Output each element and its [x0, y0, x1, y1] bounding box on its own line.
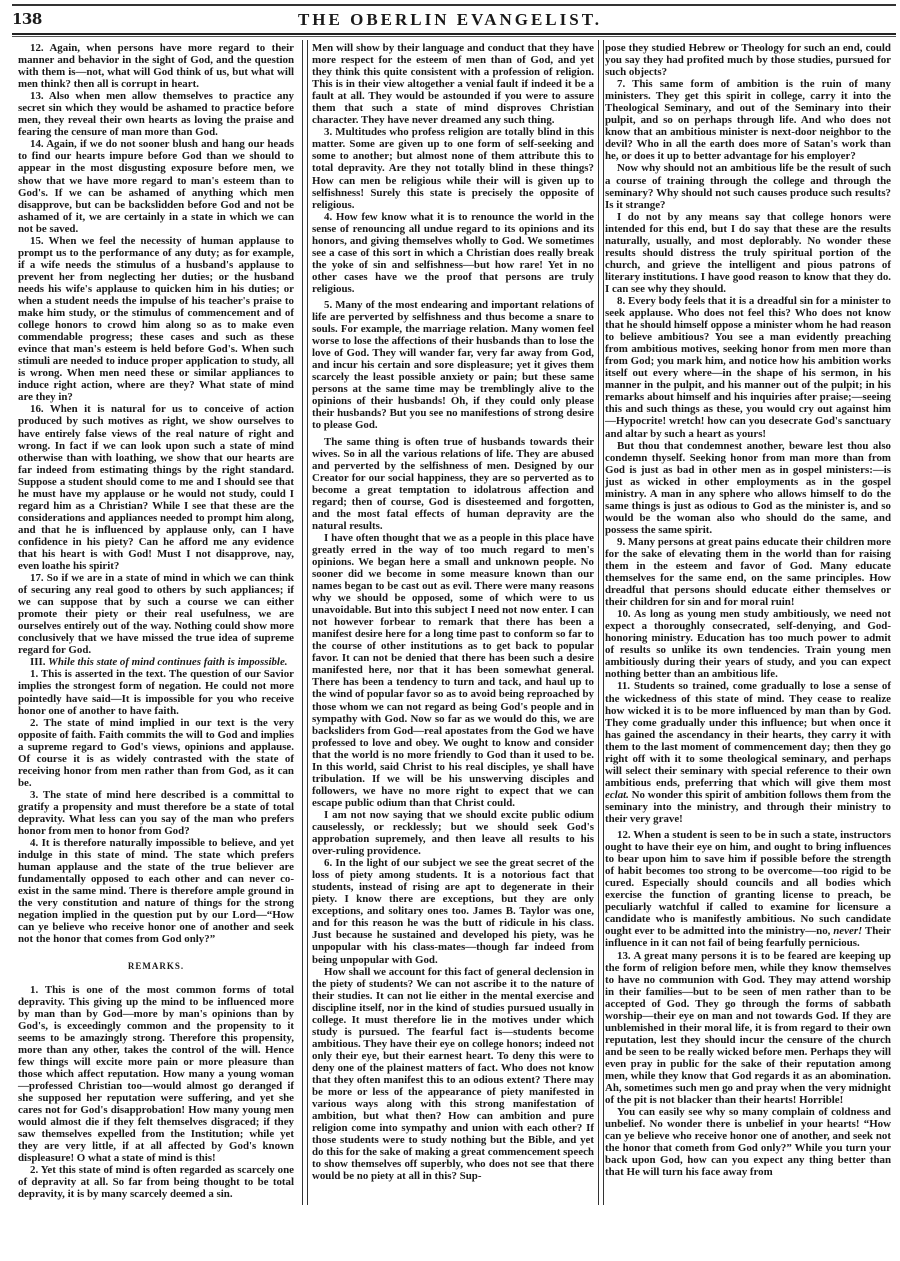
paragraph-text: 15. When we feel the necessity of human …	[18, 235, 294, 404]
paragraph-text: I do not by any means say that college h…	[605, 211, 891, 295]
paragraph-text: Men will show by their language and cond…	[312, 42, 594, 126]
paragraph-text: pose they studied Hebrew or Theology for…	[605, 42, 891, 78]
article-paragraph: Now why should not an ambitious life be …	[605, 162, 891, 210]
article-paragraph: 2. Yet this state of mind is often regar…	[18, 1164, 294, 1200]
article-paragraph: 6. In the light of our subject we see th…	[312, 857, 594, 965]
article-paragraph: 12. Again, when persons have more regard…	[18, 42, 294, 90]
paragraph-text: 10. As long as young men study ambitious…	[605, 608, 891, 680]
paragraph-text: I have often thought that we as a people…	[312, 532, 594, 809]
article-paragraph: pose they studied Hebrew or Theology for…	[605, 42, 891, 78]
article-paragraph: 16. When it is natural for us to conceiv…	[18, 403, 294, 572]
paragraph-text: 5. Many of the most endearing and import…	[312, 299, 594, 431]
paragraph-text: You can easily see why so many complain …	[605, 1106, 891, 1178]
paragraph-text: But thou that condemnest another, beware…	[605, 440, 891, 536]
article-paragraph: 9. Many persons at great pains educate t…	[605, 536, 891, 608]
column-divider	[598, 40, 604, 1205]
paragraph-text: 17. So if we are in a state of mind in w…	[18, 572, 294, 656]
paragraph-text: 16. When it is natural for us to conceiv…	[18, 403, 294, 572]
remarks-heading: REMARKS.	[18, 960, 294, 972]
section-proposition: While this state of mind continues faith…	[48, 656, 287, 668]
article-paragraph: 17. So if we are in a state of mind in w…	[18, 572, 294, 656]
article-paragraph: You can easily see why so many complain …	[605, 1106, 891, 1178]
column-divider	[302, 40, 308, 1205]
paragraph-text: 13. A great many persons it is to be fea…	[605, 950, 891, 1107]
paragraph-text: 11. Students so trained, come gradually …	[605, 680, 891, 788]
paragraph-text: How shall we account for this fact of ge…	[312, 966, 594, 1183]
paragraph-text: 14. Again, if we do not sooner blush and…	[18, 138, 294, 234]
newspaper-page: 138 THE OBERLIN EVANGELIST. 12. Again, w…	[0, 0, 900, 1261]
paragraph-text: 4. It is therefore naturally impossible …	[18, 837, 294, 945]
publication-title: THE OBERLIN EVANGELIST.	[0, 10, 900, 30]
paragraph-text: 1. This is one of the most common forms …	[18, 984, 294, 1165]
article-paragraph: 3. The state of mind here described is a…	[18, 789, 294, 837]
article-paragraph: 8. Every body feels that it is a dreadfu…	[605, 295, 891, 440]
article-paragraph: 5. Many of the most endearing and import…	[312, 299, 594, 432]
paragraph-text: 12. When a student is seen to be in such…	[605, 829, 891, 937]
masthead-rule	[12, 33, 896, 37]
section-numeral: III.	[30, 656, 48, 668]
article-paragraph: How shall we account for this fact of ge…	[312, 966, 594, 1183]
article-paragraph: 4. How few know what it is to renounce t…	[312, 211, 594, 295]
paragraph-text: 9. Many persons at great pains educate t…	[605, 536, 891, 608]
article-paragraph: I do not by any means say that college h…	[605, 211, 891, 295]
paragraph-text: No wonder this spirit of ambition follow…	[605, 789, 891, 825]
paragraph-text: Now why should not an ambitious life be …	[605, 162, 891, 210]
article-paragraph: 11. Students so trained, come gradually …	[605, 680, 891, 825]
paragraph-text: 2. Yet this state of mind is often regar…	[18, 1164, 294, 1200]
article-paragraph: Men will show by their language and cond…	[312, 42, 594, 126]
paragraph-text: 8. Every body feels that it is a dreadfu…	[605, 295, 891, 440]
paragraph-text: 12. Again, when persons have more regard…	[18, 42, 294, 90]
article-paragraph: The same thing is often true of husbands…	[312, 436, 594, 532]
article-paragraph: 3. Multitudes who profess religion are t…	[312, 126, 594, 210]
article-paragraph: 12. When a student is seen to be in such…	[605, 829, 891, 949]
article-paragraph: 7. This same form of ambition is the rui…	[605, 78, 891, 162]
article-paragraph: 13. Also when men allow themselves to pr…	[18, 90, 294, 138]
article-paragraph: 1. This is asserted in the text. The que…	[18, 668, 294, 716]
paragraph-text: I am not now saying that we should excit…	[312, 809, 594, 857]
italic-emphasis: eclat.	[605, 789, 629, 801]
article-paragraph: 4. It is therefore naturally impossible …	[18, 837, 294, 945]
masthead: 138 THE OBERLIN EVANGELIST.	[0, 8, 900, 30]
article-paragraph: III. While this state of mind continues …	[18, 656, 294, 668]
paragraph-text: 3. The state of mind here described is a…	[18, 789, 294, 837]
article-paragraph: 1. This is one of the most common forms …	[18, 984, 294, 1165]
column-3: pose they studied Hebrew or Theology for…	[605, 42, 891, 1178]
paragraph-text: 13. Also when men allow themselves to pr…	[18, 90, 294, 138]
paragraph-text: 4. How few know what it is to renounce t…	[312, 211, 594, 295]
article-paragraph: I have often thought that we as a people…	[312, 532, 594, 809]
article-paragraph: I am not now saying that we should excit…	[312, 809, 594, 857]
article-paragraph: 14. Again, if we do not sooner blush and…	[18, 138, 294, 234]
article-paragraph: 15. When we feel the necessity of human …	[18, 235, 294, 404]
paragraph-text: The same thing is often true of husbands…	[312, 436, 594, 532]
paragraph-text: 1. This is asserted in the text. The que…	[18, 668, 294, 716]
column-2: Men will show by their language and cond…	[312, 42, 594, 1182]
article-paragraph: 10. As long as young men study ambitious…	[605, 608, 891, 680]
top-rule	[12, 4, 896, 6]
article-paragraph: 13. A great many persons it is to be fea…	[605, 950, 891, 1107]
article-paragraph: 2. The state of mind implied in our text…	[18, 717, 294, 789]
column-1: 12. Again, when persons have more regard…	[18, 42, 294, 1200]
paragraph-text: 6. In the light of our subject we see th…	[312, 857, 594, 965]
article-paragraph: But thou that condemnest another, beware…	[605, 440, 891, 536]
paragraph-text: 2. The state of mind implied in our text…	[18, 717, 294, 789]
paragraph-text: 3. Multitudes who profess religion are t…	[312, 126, 594, 210]
paragraph-text: 7. This same form of ambition is the rui…	[605, 78, 891, 162]
italic-emphasis: never!	[830, 925, 862, 937]
